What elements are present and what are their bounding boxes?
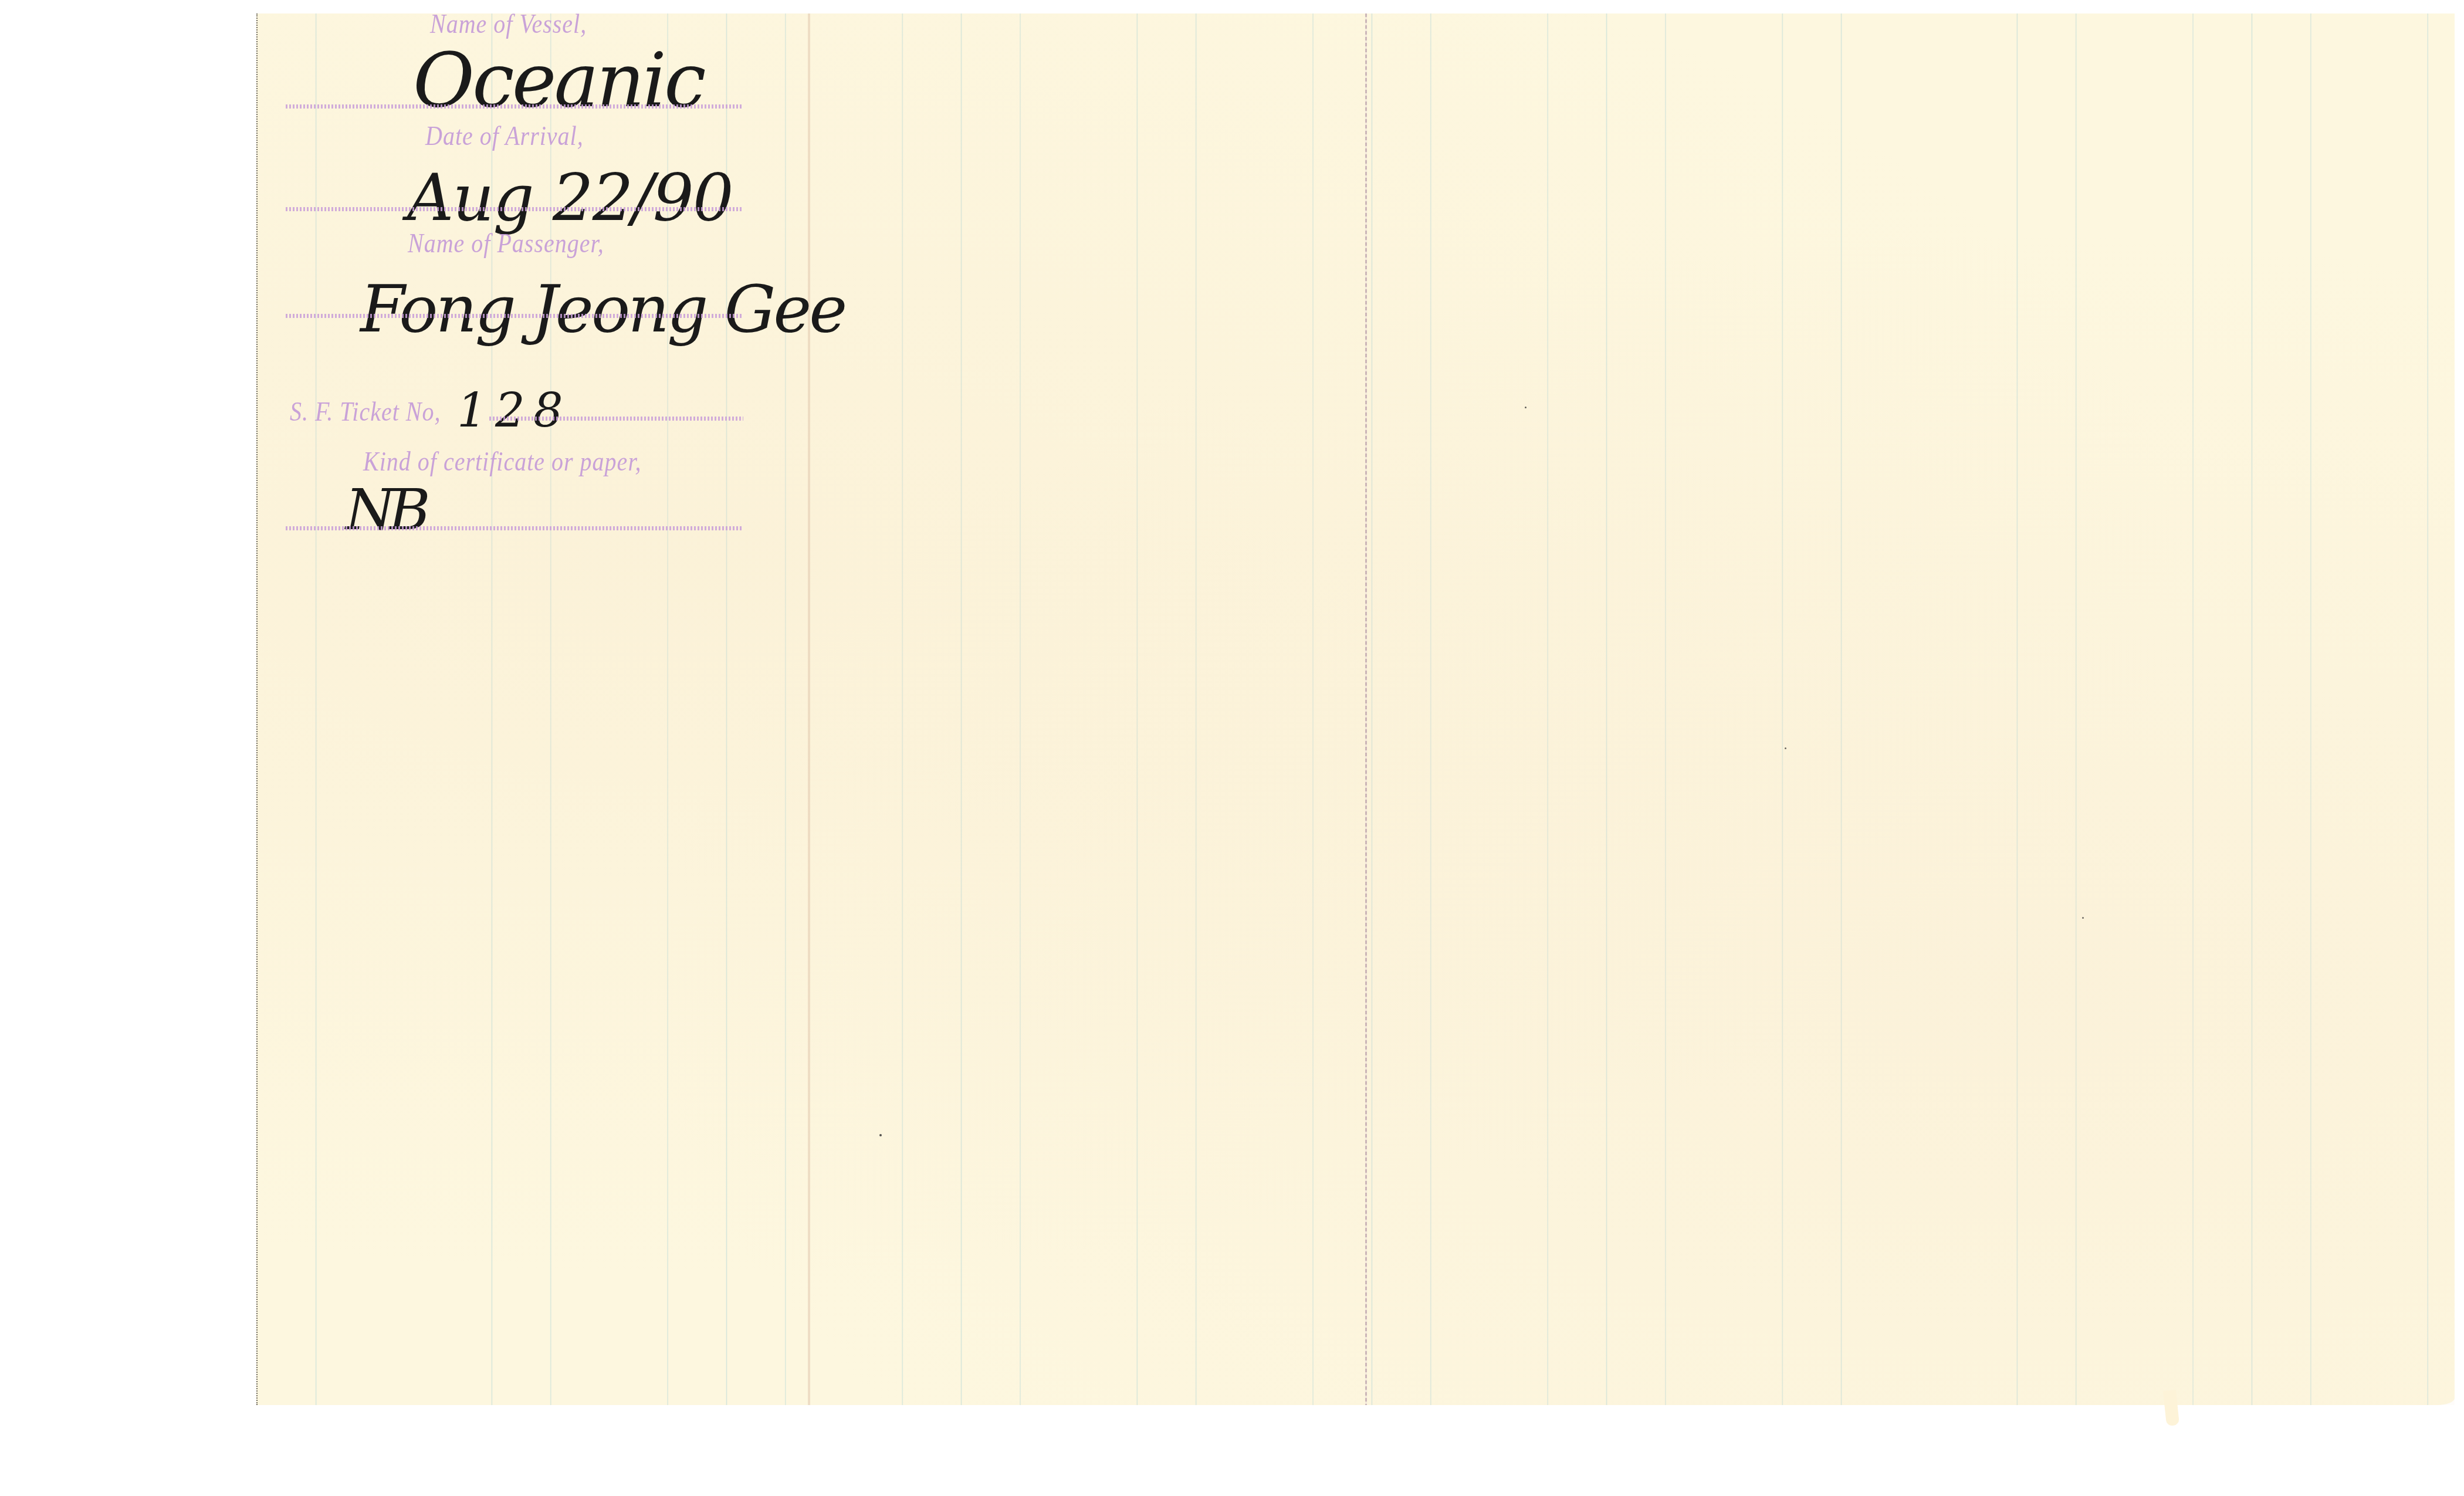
vessel-rule [286,104,743,109]
arrival-date-label: Date of Arrival, [425,120,584,151]
certificate-kind-label: Kind of certificate or paper, [363,445,642,477]
ink-speck [1525,407,1527,408]
arrival-date-value: Aug 22/90 [407,160,733,235]
vessel-value: Oceanic [413,37,704,124]
fold-line-right [1365,13,1367,1405]
fold-line-left [808,13,810,1405]
document-page: Name of Vessel, Oceanic Date of Arrival,… [256,13,2455,1405]
ink-speck [2082,917,2084,919]
arrival-date-rule [286,207,743,211]
passenger-name-rule [286,314,743,318]
passenger-name-value: Fong Jeong Gee [360,272,845,347]
certificate-kind-value: NB [346,477,425,543]
ticket-number-label: S. F. Ticket No, [290,395,441,427]
ticket-number-value: 128 [457,383,571,438]
ink-speck [879,1134,882,1136]
ink-speck [1785,747,1786,749]
certificate-kind-rule [286,526,743,530]
vessel-label: Name of Vessel, [430,8,587,39]
ticket-number-rule [489,417,743,421]
form-panel: Name of Vessel, Oceanic Date of Arrival,… [258,13,808,1405]
passenger-name-label: Name of Passenger, [408,227,604,259]
